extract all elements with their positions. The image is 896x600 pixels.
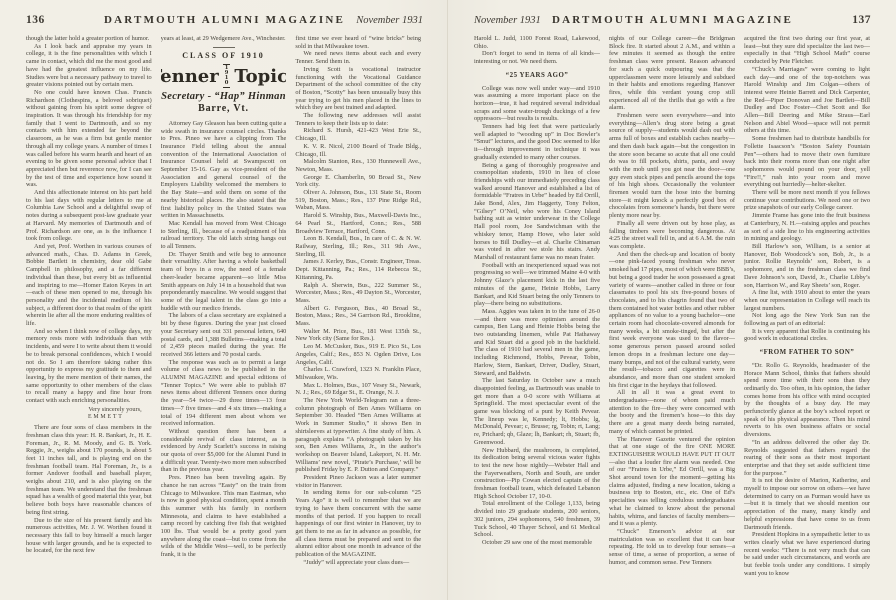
right-page: November 1931 DARTMOUTH ALUMNI MAGAZINE … — [448, 0, 896, 600]
paragraph: We need news items about each and every … — [295, 50, 421, 65]
left-page: 136 DARTMOUTH ALUMNI MAGAZINE November 1… — [0, 0, 448, 600]
paragraph: first time we ever heard of “wine bricks… — [295, 35, 421, 50]
paragraph: New Hubbard, the mushroom, is completed,… — [474, 447, 600, 501]
paragraph: The labors of a class secretary are expl… — [161, 312, 287, 358]
right-page-body: Harold L. Judd, 1100 Forest Road, Lakewo… — [474, 35, 870, 577]
paragraph: K. V. R. Nicol, 2100 Board of Trade Bldg… — [295, 143, 421, 158]
paragraph: And this affectionate interest on his pa… — [26, 189, 152, 243]
paragraph: October 29 saw one of the most memorable — [474, 539, 600, 547]
column-2-news: Attorney Gay Gleason has been cutting qu… — [161, 120, 287, 559]
paragraph: Harold S. Winship, Bus., Maxwell-Davis I… — [295, 212, 421, 235]
paragraph: Richard S. Hursh, 421-423 West Erie St.,… — [295, 127, 421, 142]
paragraph: “Dr. Rollo G. Reynolds, headmaster of th… — [744, 362, 870, 439]
paragraph: Charles L. Crawford, 1323 N. Franklin Pl… — [295, 366, 421, 381]
paragraph: President Pineo Jackson was a later summ… — [295, 474, 421, 489]
left-page-column-1: though the latter hold a greater portion… — [26, 35, 152, 577]
paragraph: Don’t forget to send in items of all kin… — [474, 50, 600, 65]
paragraph: years at least, at 29 Wedgemere Ave., Wi… — [161, 35, 287, 43]
paragraph: Tenners had big feet that were particula… — [474, 123, 600, 162]
paragraph: “Chuck” Emerson’s advice at our matricul… — [609, 528, 735, 567]
paragraph: Albert G. Ferguson, Bus., 40 Broad St., … — [295, 305, 421, 328]
paragraph: In sending items for our sub-column “25 … — [295, 489, 421, 558]
paragraph: James J. Kerley, Bus., Constr. Engineer,… — [295, 258, 421, 281]
paragraph: Freshmen were seen everywhere—and into e… — [609, 112, 735, 220]
paragraph: Leon B. Kendall, Bus., In care of C. & N… — [295, 235, 421, 258]
secretary-line: Secretary - “Hap” Hinman — [161, 93, 287, 101]
paragraph: The Hanover Gazette ventured the opinion… — [609, 436, 735, 528]
paragraph: And then the check-up and location of bo… — [609, 251, 735, 390]
paragraph: George E. Chamberlin, 90 Broad St., New … — [295, 174, 421, 189]
paragraph: And so when I think now of college days,… — [26, 328, 152, 405]
paragraph: acquired the first two during our first … — [744, 35, 870, 66]
paragraph: though the latter hold a greater portion… — [26, 35, 152, 43]
signature-name: EMMETT — [26, 414, 152, 422]
paragraph: nights of our College career—the Bridgma… — [609, 35, 735, 112]
paragraph: Dr. Thayer Smith and wife beg to announc… — [161, 251, 287, 313]
paragraph: There are four sons of class members in … — [26, 424, 152, 516]
paragraph: Attorney Gay Gleason has been cutting qu… — [161, 120, 287, 220]
magazine-title: DARTMOUTH ALUMNI MAGAZINE — [104, 14, 345, 26]
page-header-left: 136 DARTMOUTH ALUMNI MAGAZINE November 1… — [26, 14, 421, 26]
paragraph: Ralph A. Sherwin, Bus., 222 Summer St., … — [295, 282, 421, 305]
paragraph: “Juddy” will appreciate your class dues— — [295, 559, 421, 567]
paragraph: Pres. Pineo has been traveling again. By… — [161, 474, 287, 559]
paragraph: Some freshmen had to distribute handbill… — [744, 135, 870, 189]
paragraph: Football with an inexperienced squad was… — [474, 262, 600, 308]
issue-date: November 1931 — [345, 15, 423, 26]
column-title-word1: Tenner — [161, 67, 219, 86]
page-header-right: November 1931 DARTMOUTH ALUMNI MAGAZINE … — [474, 14, 870, 26]
class-of-line: CLASS OF 1910 — [161, 52, 287, 60]
secretary-location: Barre, Vt. — [161, 105, 287, 113]
paragraph: Leo M. McCusker, Bus., 919 E. Pico St., … — [295, 343, 421, 366]
paragraph: “Chuck’s Marriages” were coming to light… — [744, 66, 870, 135]
year-digit: 0 — [225, 81, 229, 86]
paragraph: No one could have known Chas. Francis Ri… — [26, 89, 152, 189]
page-number: 137 — [793, 14, 871, 26]
paragraph: Without question there has been a consid… — [161, 428, 287, 474]
paragraph: Mass. Aggies was taken in to the tune of… — [474, 308, 600, 377]
right-page-column-3: acquired the first two during our first … — [744, 35, 870, 577]
section-heading: “FROM FATHER TO SON” — [744, 349, 870, 357]
paragraph: The following new addresses will assist … — [295, 112, 421, 127]
paragraph: Irving Scott is vocational instructor fu… — [295, 66, 421, 112]
paragraph: Finally all were driven out by hose play… — [609, 220, 735, 251]
left-page-column-2: years at least, at 29 Wedgemere Ave., Wi… — [161, 35, 287, 577]
paragraph: Harold L. Judd, 1100 Forest Road, Lakewo… — [474, 35, 600, 50]
paragraph: Walter M. Price, Bus., 181 West 135th St… — [295, 328, 421, 343]
column-title-word2: Topics — [234, 67, 286, 86]
paragraph: Mac Kendall has moved from West Chicago … — [161, 220, 287, 251]
issue-date: November 1931 — [474, 15, 552, 26]
paragraph: Not long ago the New York Sun ran the fo… — [744, 312, 870, 327]
left-page-body: though the latter hold a greater portion… — [26, 35, 421, 577]
paragraph: It is not the desire of Marion, Katherin… — [744, 477, 870, 531]
paragraph: There will be more next month if you fel… — [744, 189, 870, 212]
paragraph: Malcolm Stanton, Res., 130 Hunnewell Ave… — [295, 158, 421, 173]
paragraph: Oliver A. Johnson, Bus., 131 State St., … — [295, 189, 421, 212]
paragraph: Jimmie Frame has gone into the fruit bus… — [744, 212, 870, 243]
paragraph: All in all it was a great event to under… — [609, 389, 735, 435]
paragraph: It is very apparent that Rollie is conti… — [744, 328, 870, 343]
magazine-title: DARTMOUTH ALUMNI MAGAZINE — [552, 14, 793, 26]
paragraph: And yet, Prof. Worthen in various course… — [26, 243, 152, 328]
section-heading: “25 YEARS AGO” — [474, 72, 600, 80]
paragraph: The last Saturday in October saw a much … — [474, 377, 600, 446]
paragraph: The New York World-Telegram ran a three-… — [295, 397, 421, 474]
left-page-column-3: first time we ever heard of “wine bricks… — [295, 35, 421, 577]
paragraph: Due to the size of his present family an… — [26, 517, 152, 556]
paragraph: President Hopkins in a sympathetic lette… — [744, 531, 870, 577]
column-2-intro: years at least, at 29 Wedgemere Ave., Wi… — [161, 35, 287, 48]
page-number: 136 — [26, 14, 104, 26]
paragraph: Bill Harlow’s son, William, is a senior … — [744, 243, 870, 289]
column-title-year: 1 9 1 0 — [223, 64, 231, 88]
paragraph: Max L. Holmes, Bus., 107 Vesey St., Newa… — [295, 382, 421, 397]
paragraph: Being a gang of thoroughly progressive a… — [474, 162, 600, 262]
paragraph: A fine list, with 1910 about to enter th… — [744, 289, 870, 312]
paragraph: The response was such as to permit a lar… — [161, 359, 287, 428]
paragraph: Total enrollment of the College 1,133, b… — [474, 500, 600, 539]
signature-line: Very sincerely yours, — [26, 406, 152, 414]
right-page-column-1: Harold L. Judd, 1100 Forest Road, Lakewo… — [474, 35, 600, 577]
paragraph: “In an address delivered the other day D… — [744, 439, 870, 478]
class-column-masthead: CLASS OF 1910 Tenner 1 9 1 0 Topics Secr… — [161, 52, 287, 113]
right-page-column-2: nights of our College career—the Bridgma… — [609, 35, 735, 577]
paragraph: As I look back and appraise my years in … — [26, 43, 152, 89]
magazine-spread: 136 DARTMOUTH ALUMNI MAGAZINE November 1… — [0, 0, 896, 600]
column-title: Tenner 1 9 1 0 Topics — [161, 64, 287, 88]
paragraph: College was now well under way—and 1910 … — [474, 85, 600, 124]
section-divider — [213, 47, 235, 48]
